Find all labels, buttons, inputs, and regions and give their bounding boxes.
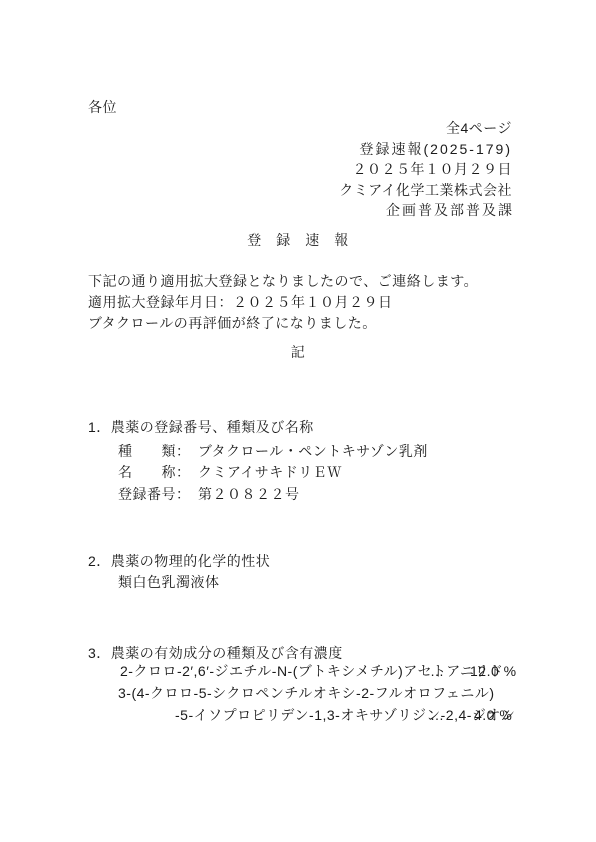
section3-heading: 3．農薬の有効成分の種類及び含有濃度 [88,645,343,662]
recipient: 各位 [88,99,117,116]
physical-property: 類白色乳濁液体 [118,574,220,591]
ingredient1-concentration: 12.0 % [470,663,517,680]
department-name: 企画普及部普及課 [386,202,514,219]
ingredient2-concentration: 4.0 % [474,707,512,724]
company-name: クミアイ化学工業株式会社 [339,182,512,199]
ingredient2-name-line2: -5-イソプロピリデン-1,3-オキサゾリジン-2,4-ジオン [175,707,515,724]
ingredient2-name-line1: 3-(4-クロロ-5-シクロペンチルオキシ-2-フルオロフェニル) [118,685,495,702]
ingredient1-leader-dots: … [430,663,445,680]
issue-date: ２０２５年１０月２９日 [353,161,513,178]
record-marker: 記 [0,344,596,361]
bulletin-number: 登録速報(2025-179) [360,141,513,158]
intro-line-2-registration-date: 適用拡大登録年月日：２０２５年１０月２９日 [88,294,393,311]
pesticide-type-line: 種 類： ブタクロール・ペントキサゾン乳剤 [118,443,428,460]
section1-heading: 1．農薬の登録番号、種類及び名称 [88,419,314,436]
document-page: 各位 全4ページ 登録速報(2025-179) ２０２５年１０月２９日 クミアイ… [0,0,596,842]
pesticide-name-line: 名 称： クミアイサキドリＥＷ [118,464,342,481]
section2-heading: 2．農薬の物理的化学的性状 [88,553,270,570]
intro-line-1: 下記の通り適用拡大登録となりましたので、ご連絡します。 [88,273,478,290]
ingredient1-name: 2-クロロ-2′,6′-ジエチル-N-(ブトキシメチル)アセトアニリド [120,663,504,680]
ingredient2-leader-dots: … [430,707,445,724]
registration-number-line: 登録番号： 第２０８２２号 [118,486,300,503]
intro-line-3-reevaluation-note: ブタクロールの再評価が終了になりました。 [88,315,377,332]
page-count: 全4ページ [446,120,512,137]
document-title: 登 録 速 報 [0,232,596,249]
